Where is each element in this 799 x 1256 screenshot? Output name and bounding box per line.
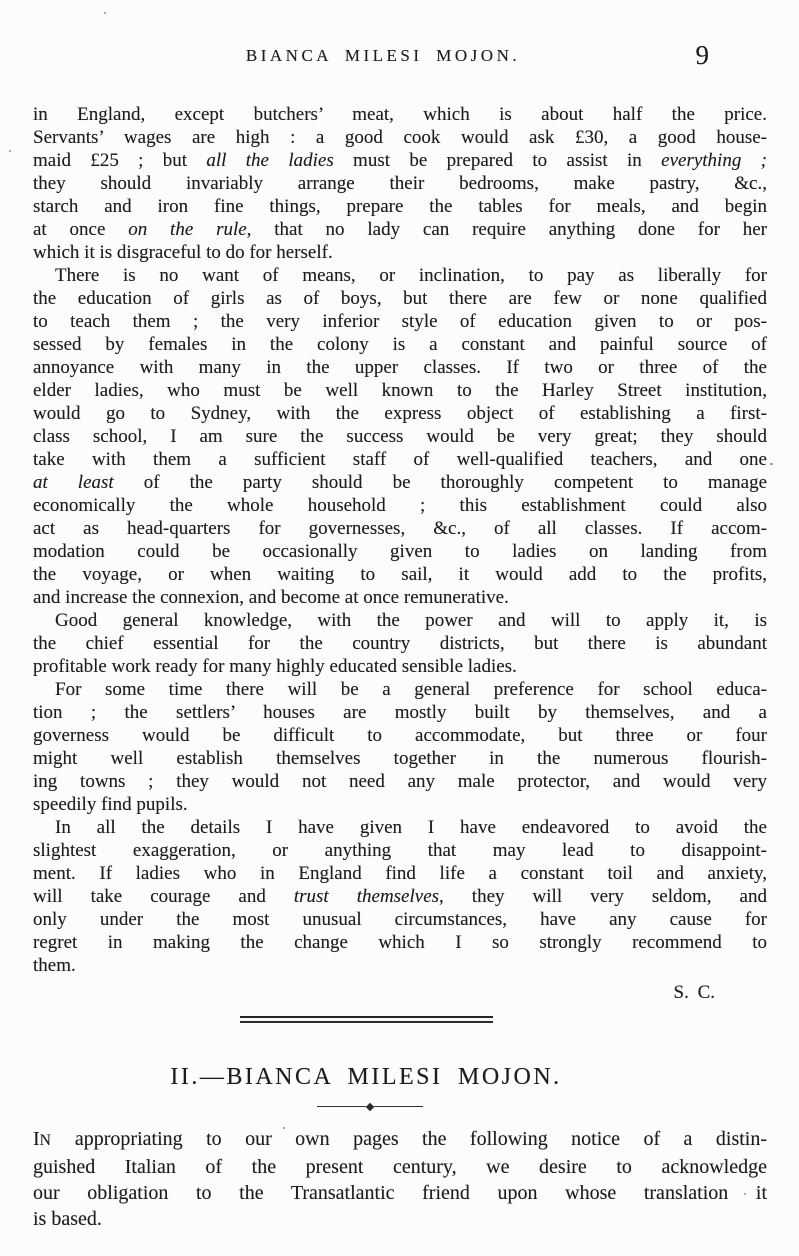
text-run: them. — [33, 955, 76, 976]
text-line: which it is disgraceful to do for hersel… — [33, 241, 767, 264]
text-run: regret in making the change which I so s… — [33, 932, 767, 953]
text-line: elder ladies, who must be well known to … — [33, 379, 767, 402]
text-line: ing towns ; they would not need any male… — [33, 770, 767, 793]
text-line: IN appropriating to our own pages the fo… — [33, 1126, 767, 1154]
text-line: Servants’ wages are high : a good cook w… — [33, 126, 767, 149]
text-run: only under the most unusual circumstance… — [33, 909, 767, 930]
diamond-icon — [366, 1102, 374, 1110]
text-run: guished Italian of the present century, … — [33, 1156, 767, 1178]
text-line: guished Italian of the present century, … — [33, 1154, 767, 1180]
text-run: Servants’ wages are high : a good cook w… — [33, 127, 767, 148]
text-run: , they will very seldom, and — [439, 886, 767, 907]
text-run: must be prepared to assist in — [334, 150, 661, 171]
paragraph: Good general knowledge, with the power a… — [33, 609, 767, 678]
text-line: profitable work ready for many highly ed… — [33, 655, 767, 678]
text-run: which it is disgraceful to do for hersel… — [33, 242, 333, 263]
text-line: In all the details I have given I have e… — [33, 816, 767, 839]
text-run: is based. — [33, 1208, 102, 1230]
text-run: to teach them ; the very inferior style … — [33, 311, 767, 332]
text-line: annoyance with many in the upper classes… — [33, 356, 767, 379]
text-run: For some time there will be a general pr… — [55, 679, 767, 700]
text-run: at once — [33, 219, 128, 240]
text-line: ment. If ladies who in England find life… — [33, 862, 767, 885]
text-line: economically the whole household ; this … — [33, 494, 767, 517]
text-line: There is no want of means, or inclinatio… — [33, 264, 767, 287]
paragraph: in England, except butchers’ meat, which… — [33, 103, 767, 264]
text-run: maid £25 ; but — [33, 150, 206, 171]
smallcap-run: N — [40, 1132, 52, 1149]
text-run: act as head-quarters for governesses, &c… — [33, 518, 767, 539]
running-header: BIANCA MILESI MOJON. 9 — [33, 46, 767, 72]
intro-text: IN appropriating to our own pages the fo… — [33, 1126, 767, 1232]
text-column: BIANCA MILESI MOJON. 9 in England, excep… — [33, 0, 767, 1232]
italic-run: everything ; — [661, 150, 767, 171]
text-run: of the party should be thoroughly compet… — [114, 472, 767, 493]
text-run: slightest exaggeration, or anything that… — [33, 840, 767, 861]
double-rule-divider — [240, 1016, 493, 1023]
text-run: ing towns ; they would not need any male… — [33, 771, 767, 792]
text-line: the voyage, or when waiting to sail, it … — [33, 563, 767, 586]
text-run: , that no lady can require anything done… — [247, 219, 767, 240]
text-run: There is no want of means, or inclinatio… — [55, 265, 767, 286]
ornament-divider — [3, 1103, 737, 1110]
text-run: they should invariably arrange their bed… — [33, 173, 767, 194]
text-line: might well establish themselves together… — [33, 747, 767, 770]
text-run: governess would be difficult to accommod… — [33, 725, 767, 746]
text-run: the education of girls as of boys, but t… — [33, 288, 767, 309]
text-run: Good general knowledge, with the power a… — [55, 610, 767, 631]
text-run: economically the whole household ; this … — [33, 495, 767, 516]
text-line: maid £25 ; but all the ladies must be pr… — [33, 149, 767, 172]
text-line: at least of the party should be thorough… — [33, 471, 767, 494]
book-page: BIANCA MILESI MOJON. 9 in England, excep… — [0, 0, 799, 1256]
text-run: take with them a sufficient staff of wel… — [33, 449, 767, 470]
text-line: them. — [33, 954, 767, 977]
text-line: speedily find pupils. — [33, 793, 767, 816]
text-run: I — [33, 1128, 40, 1150]
body-text: in England, except butchers’ meat, which… — [33, 103, 767, 977]
italic-run: at least — [33, 472, 114, 493]
text-run: sessed by females in the colony is a con… — [33, 334, 767, 355]
text-line: slightest exaggeration, or anything that… — [33, 839, 767, 862]
text-run: In all the details I have given I have e… — [55, 817, 767, 838]
paragraph: There is no want of means, or inclinatio… — [33, 264, 767, 609]
text-line: For some time there will be a general pr… — [33, 678, 767, 701]
scan-speck — [9, 150, 11, 152]
text-line: our obligation to the Transatlantic frie… — [33, 1180, 767, 1206]
text-line: regret in making the change which I so s… — [33, 931, 767, 954]
text-line: act as head-quarters for governesses, &c… — [33, 517, 767, 540]
paragraph: For some time there will be a general pr… — [33, 678, 767, 816]
text-line: in England, except butchers’ meat, which… — [33, 103, 767, 126]
text-line: take with them a sufficient staff of wel… — [33, 448, 767, 471]
text-line: the education of girls as of boys, but t… — [33, 287, 767, 310]
rule-right — [374, 1106, 423, 1108]
text-run: class school, I am sure the success woul… — [33, 426, 767, 447]
text-line: they should invariably arrange their bed… — [33, 172, 767, 195]
text-line: class school, I am sure the success woul… — [33, 425, 767, 448]
text-run: will take courage and — [33, 886, 294, 907]
signature: S. C. — [33, 980, 767, 1006]
italic-run: all the ladies — [206, 150, 333, 171]
text-line: starch and iron fine things, prepare the… — [33, 195, 767, 218]
italic-run: trust themselves — [294, 886, 439, 907]
text-run: and increase the connexion, and become a… — [33, 587, 509, 608]
text-run: appropriating to our own pages the follo… — [51, 1128, 767, 1150]
text-line: only under the most unusual circumstance… — [33, 908, 767, 931]
paragraph: In all the details I have given I have e… — [33, 816, 767, 977]
text-line: the chief essential for the country dist… — [33, 632, 767, 655]
text-line: at once on the rule, that no lady can re… — [33, 218, 767, 241]
text-line: sessed by females in the colony is a con… — [33, 333, 767, 356]
text-line: tion ; the settlers’ houses are mostly b… — [33, 701, 767, 724]
rule-left — [317, 1106, 366, 1108]
text-line: is based. — [33, 1206, 767, 1232]
text-run: profitable work ready for many highly ed… — [33, 656, 517, 677]
paragraph: IN appropriating to our own pages the fo… — [33, 1126, 767, 1232]
text-run: the chief essential for the country dist… — [33, 633, 767, 654]
text-run: in England, except butchers’ meat, which… — [33, 104, 767, 125]
text-run: the voyage, or when waiting to sail, it … — [33, 564, 767, 585]
text-line: governess would be difficult to accommod… — [33, 724, 767, 747]
text-line: will take courage and trust themselves, … — [33, 885, 767, 908]
text-line: would go to Sydney, with the express obj… — [33, 402, 767, 425]
text-run: ment. If ladies who in England find life… — [33, 863, 767, 884]
text-run: modation could be occasionally given to … — [33, 541, 767, 562]
text-run: elder ladies, who must be well known to … — [33, 380, 767, 401]
text-run: annoyance with many in the upper classes… — [33, 357, 767, 378]
text-line: modation could be occasionally given to … — [33, 540, 767, 563]
section-heading: II.—BIANCA MILESI MOJON. — [0, 1064, 733, 1091]
text-run: would go to Sydney, with the express obj… — [33, 403, 767, 424]
text-line: and increase the connexion, and become a… — [33, 586, 767, 609]
italic-run: on the rule — [128, 219, 246, 240]
text-line: to teach them ; the very inferior style … — [33, 310, 767, 333]
text-run: speedily find pupils. — [33, 794, 188, 815]
text-run: our obligation to the Transatlantic frie… — [33, 1182, 767, 1204]
page-number: 9 — [696, 40, 710, 71]
text-run: starch and iron fine things, prepare the… — [33, 196, 767, 217]
running-title: BIANCA MILESI MOJON. — [16, 46, 750, 66]
text-run: might well establish themselves together… — [33, 748, 767, 769]
scan-speck — [770, 463, 773, 465]
text-run: tion ; the settlers’ houses are mostly b… — [33, 702, 767, 723]
text-line: Good general knowledge, with the power a… — [33, 609, 767, 632]
